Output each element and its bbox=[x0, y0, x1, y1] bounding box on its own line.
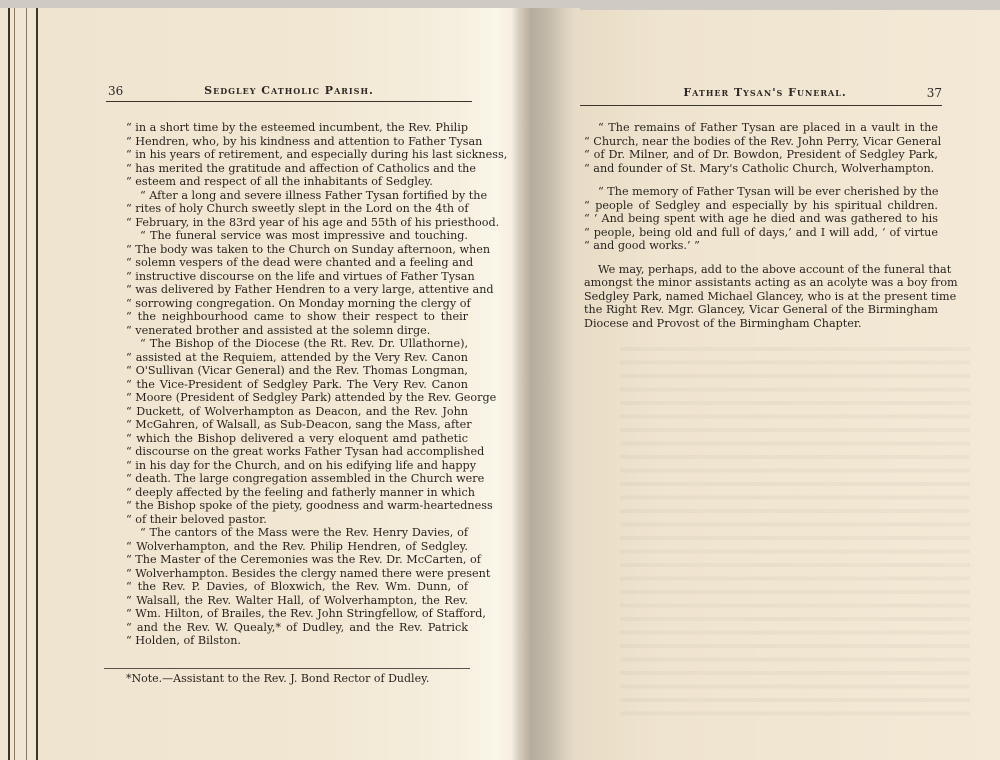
text-line: We may, perhaps, add to the above accoun… bbox=[584, 263, 938, 277]
text-line: “ the neighbourhood came to show their r… bbox=[126, 310, 468, 324]
text-line: “ in his years of retirement, and especi… bbox=[126, 148, 468, 162]
text-line: “ deeply affected by the feeling and fat… bbox=[126, 486, 468, 500]
text-line: “ The remains of Father Tysan are placed… bbox=[584, 121, 938, 135]
text-line: “ Hendren, who, by his kindness and atte… bbox=[126, 135, 468, 149]
footnote-rule bbox=[104, 668, 470, 669]
text-line: “ in a short time by the esteemed incumb… bbox=[126, 121, 468, 135]
text-line: “ Duckett, of Wolverhampton as Deacon, a… bbox=[126, 405, 468, 419]
text-line: “ The Bishop of the Diocese (the Rt. Rev… bbox=[126, 337, 468, 351]
text-line: “ McGahren, of Walsall, as Sub-Deacon, s… bbox=[126, 418, 468, 432]
right-running-title: Father Tysan's Funeral. bbox=[588, 86, 942, 99]
text-line: “ Walsall, the Rev. Walter Hall, of Wolv… bbox=[126, 594, 468, 608]
text-line: “ the Vice-President of Sedgley Park. Th… bbox=[126, 378, 468, 392]
text-line: “ which the Bishop delivered a very eloq… bbox=[126, 432, 468, 446]
text-line: “ Church, near the bodies of the Rev. Jo… bbox=[584, 135, 938, 149]
text-line: Diocese and Provost of the Birmingham Ch… bbox=[584, 317, 938, 331]
text-line: “ The funeral service was most impressiv… bbox=[126, 229, 468, 243]
text-line: “ The Master of the Ceremonies was the R… bbox=[126, 553, 468, 567]
text-line: “ and good works.’ ” bbox=[584, 239, 938, 253]
text-line: “ The body was taken to the Church on Su… bbox=[126, 243, 468, 257]
text-line: “ instructive discourse on the life and … bbox=[126, 270, 468, 284]
text-line: the Right Rev. Mgr. Glancey, Vicar Gener… bbox=[584, 303, 938, 317]
page-edge-stack bbox=[0, 8, 40, 760]
book-gutter bbox=[510, 8, 580, 760]
text-line: “ solemn vespers of the dead were chante… bbox=[126, 256, 468, 270]
left-running-head: 36 Sedgley Catholic Parish. bbox=[108, 84, 470, 106]
text-line: Sedgley Park, named Michael Glancey, who… bbox=[584, 290, 938, 304]
left-running-title: Sedgley Catholic Parish. bbox=[108, 84, 470, 97]
text-line: “ of their beloved pastor. bbox=[126, 513, 468, 527]
text-line: “ After a long and severe illness Father… bbox=[126, 189, 468, 203]
text-line: “ rites of holy Church sweetly slept in … bbox=[126, 202, 468, 216]
text-line: “ in his day for the Church, and on his … bbox=[126, 459, 468, 473]
right-body-text: “ The remains of Father Tysan are placed… bbox=[584, 121, 938, 330]
text-line: “ and the Rev. W. Quealy,* of Dudley, an… bbox=[126, 621, 468, 635]
text-line: “ people of Sedgley and especially by hi… bbox=[584, 199, 938, 213]
text-line: amongst the minor assistants acting as a… bbox=[584, 276, 938, 290]
text-line: “ The cantors of the Mass were the Rev. … bbox=[126, 526, 468, 540]
show-through-texture bbox=[620, 340, 970, 720]
text-line: “ The memory of Father Tysan will be eve… bbox=[584, 185, 938, 199]
text-line: “ has merited the gratitude and affectio… bbox=[126, 162, 468, 176]
text-line: “ was delivered by Father Hendren to a v… bbox=[126, 283, 468, 297]
text-line: “ sorrowing congregation. On Monday morn… bbox=[126, 297, 468, 311]
text-line: “ February, in the 83rd year of his age … bbox=[126, 216, 468, 230]
text-line: “ Wm. Hilton, of Brailes, the Rev. John … bbox=[126, 607, 468, 621]
text-line: “ the Rev. P. Davies, of Bloxwich, the R… bbox=[126, 580, 468, 594]
text-line: “ discourse on the great works Father Ty… bbox=[126, 445, 468, 459]
text-line: “ Wolverhampton, and the Rev. Philip Hen… bbox=[126, 540, 468, 554]
right-header-rule bbox=[580, 105, 942, 106]
text-line: “ people, being old and full of days,’ a… bbox=[584, 226, 938, 240]
text-line: “ Holden, of Bilston. bbox=[126, 634, 468, 648]
text-line: “ death. The large congregation assemble… bbox=[126, 472, 468, 486]
text-line: “ the Bishop spoke of the piety, goodnes… bbox=[126, 499, 468, 513]
left-body-text: “ in a short time by the esteemed incumb… bbox=[126, 121, 468, 648]
text-line: “ O'Sullivan (Vicar General) and the Rev… bbox=[126, 364, 468, 378]
right-page-number: 37 bbox=[927, 86, 942, 100]
text-line: “ Moore (President of Sedgley Park) atte… bbox=[126, 391, 468, 405]
text-line: “ of Dr. Milner, and of Dr. Bowdon, Pres… bbox=[584, 148, 938, 162]
text-line: “ ‘ And being spent with age he died and… bbox=[584, 212, 938, 226]
text-line: “ assisted at the Requiem, attended by t… bbox=[126, 351, 468, 365]
text-line: “ Wolverhampton. Besides the clergy name… bbox=[126, 567, 468, 581]
footnote: *Note.—Assistant to the Rev. J. Bond Rec… bbox=[126, 672, 466, 685]
text-line: “ venerated brother and assisted at the … bbox=[126, 324, 468, 338]
text-line: “ and founder of St. Mary's Catholic Chu… bbox=[584, 162, 938, 176]
left-header-rule bbox=[106, 101, 472, 102]
text-line: “ esteem and respect of all the inhabita… bbox=[126, 175, 468, 189]
